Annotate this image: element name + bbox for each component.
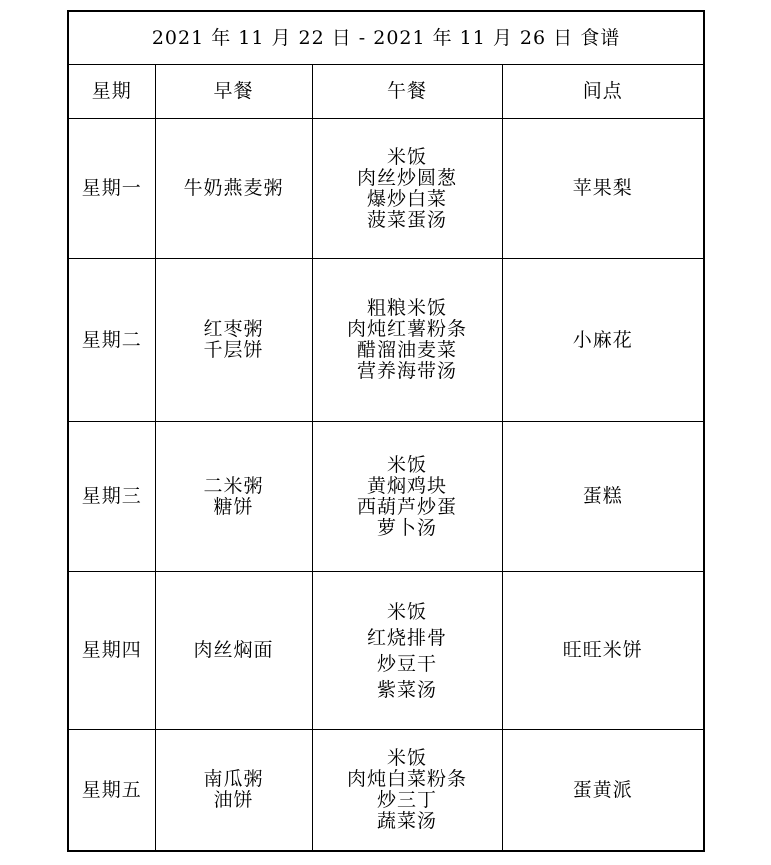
weekly-menu-table: 2021 年 11 月 22 日 - 2021 年 11 月 26 日 食谱 星… <box>67 10 705 852</box>
breakfast-cell: 红枣粥 千层饼 <box>155 259 312 422</box>
snack-cell: 苹果梨 <box>502 119 704 259</box>
title-row: 2021 年 11 月 22 日 - 2021 年 11 月 26 日 食谱 <box>68 11 704 65</box>
menu-row-monday: 星期一 牛奶燕麦粥 米饭 肉丝炒圆葱 爆炒白菜 菠菜蛋汤 苹果梨 <box>68 119 704 259</box>
day-cell: 星期一 <box>68 119 155 259</box>
snack-cell: 蛋黄派 <box>502 730 704 852</box>
column-header-day: 星期 <box>68 65 155 119</box>
table-title: 2021 年 11 月 22 日 - 2021 年 11 月 26 日 食谱 <box>68 11 704 65</box>
breakfast-cell: 南瓜粥 油饼 <box>155 730 312 852</box>
snack-cell: 蛋糕 <box>502 422 704 572</box>
column-header-snack: 间点 <box>502 65 704 119</box>
lunch-cell: 米饭 红烧排骨 炒豆干 紫菜汤 <box>312 572 502 730</box>
menu-row-wednesday: 星期三 二米粥 糖饼 米饭 黄焖鸡块 西葫芦炒蛋 萝卜汤 蛋糕 <box>68 422 704 572</box>
breakfast-cell: 牛奶燕麦粥 <box>155 119 312 259</box>
lunch-cell: 米饭 肉丝炒圆葱 爆炒白菜 菠菜蛋汤 <box>312 119 502 259</box>
column-header-row: 星期 早餐 午餐 间点 <box>68 65 704 119</box>
snack-cell: 旺旺米饼 <box>502 572 704 730</box>
menu-row-thursday: 星期四 肉丝焖面 米饭 红烧排骨 炒豆干 紫菜汤 旺旺米饼 <box>68 572 704 730</box>
day-cell: 星期二 <box>68 259 155 422</box>
column-header-lunch: 午餐 <box>312 65 502 119</box>
day-cell: 星期三 <box>68 422 155 572</box>
breakfast-cell: 肉丝焖面 <box>155 572 312 730</box>
lunch-cell: 粗粮米饭 肉炖红薯粉条 醋溜油麦菜 营养海带汤 <box>312 259 502 422</box>
snack-cell: 小麻花 <box>502 259 704 422</box>
breakfast-cell: 二米粥 糖饼 <box>155 422 312 572</box>
document-page: 2021 年 11 月 22 日 - 2021 年 11 月 26 日 食谱 星… <box>0 0 771 865</box>
lunch-cell: 米饭 黄焖鸡块 西葫芦炒蛋 萝卜汤 <box>312 422 502 572</box>
menu-row-tuesday: 星期二 红枣粥 千层饼 粗粮米饭 肉炖红薯粉条 醋溜油麦菜 营养海带汤 小麻花 <box>68 259 704 422</box>
lunch-cell: 米饭 肉炖白菜粉条 炒三丁 蔬菜汤 <box>312 730 502 852</box>
menu-row-friday: 星期五 南瓜粥 油饼 米饭 肉炖白菜粉条 炒三丁 蔬菜汤 蛋黄派 <box>68 730 704 852</box>
day-cell: 星期四 <box>68 572 155 730</box>
column-header-breakfast: 早餐 <box>155 65 312 119</box>
day-cell: 星期五 <box>68 730 155 852</box>
